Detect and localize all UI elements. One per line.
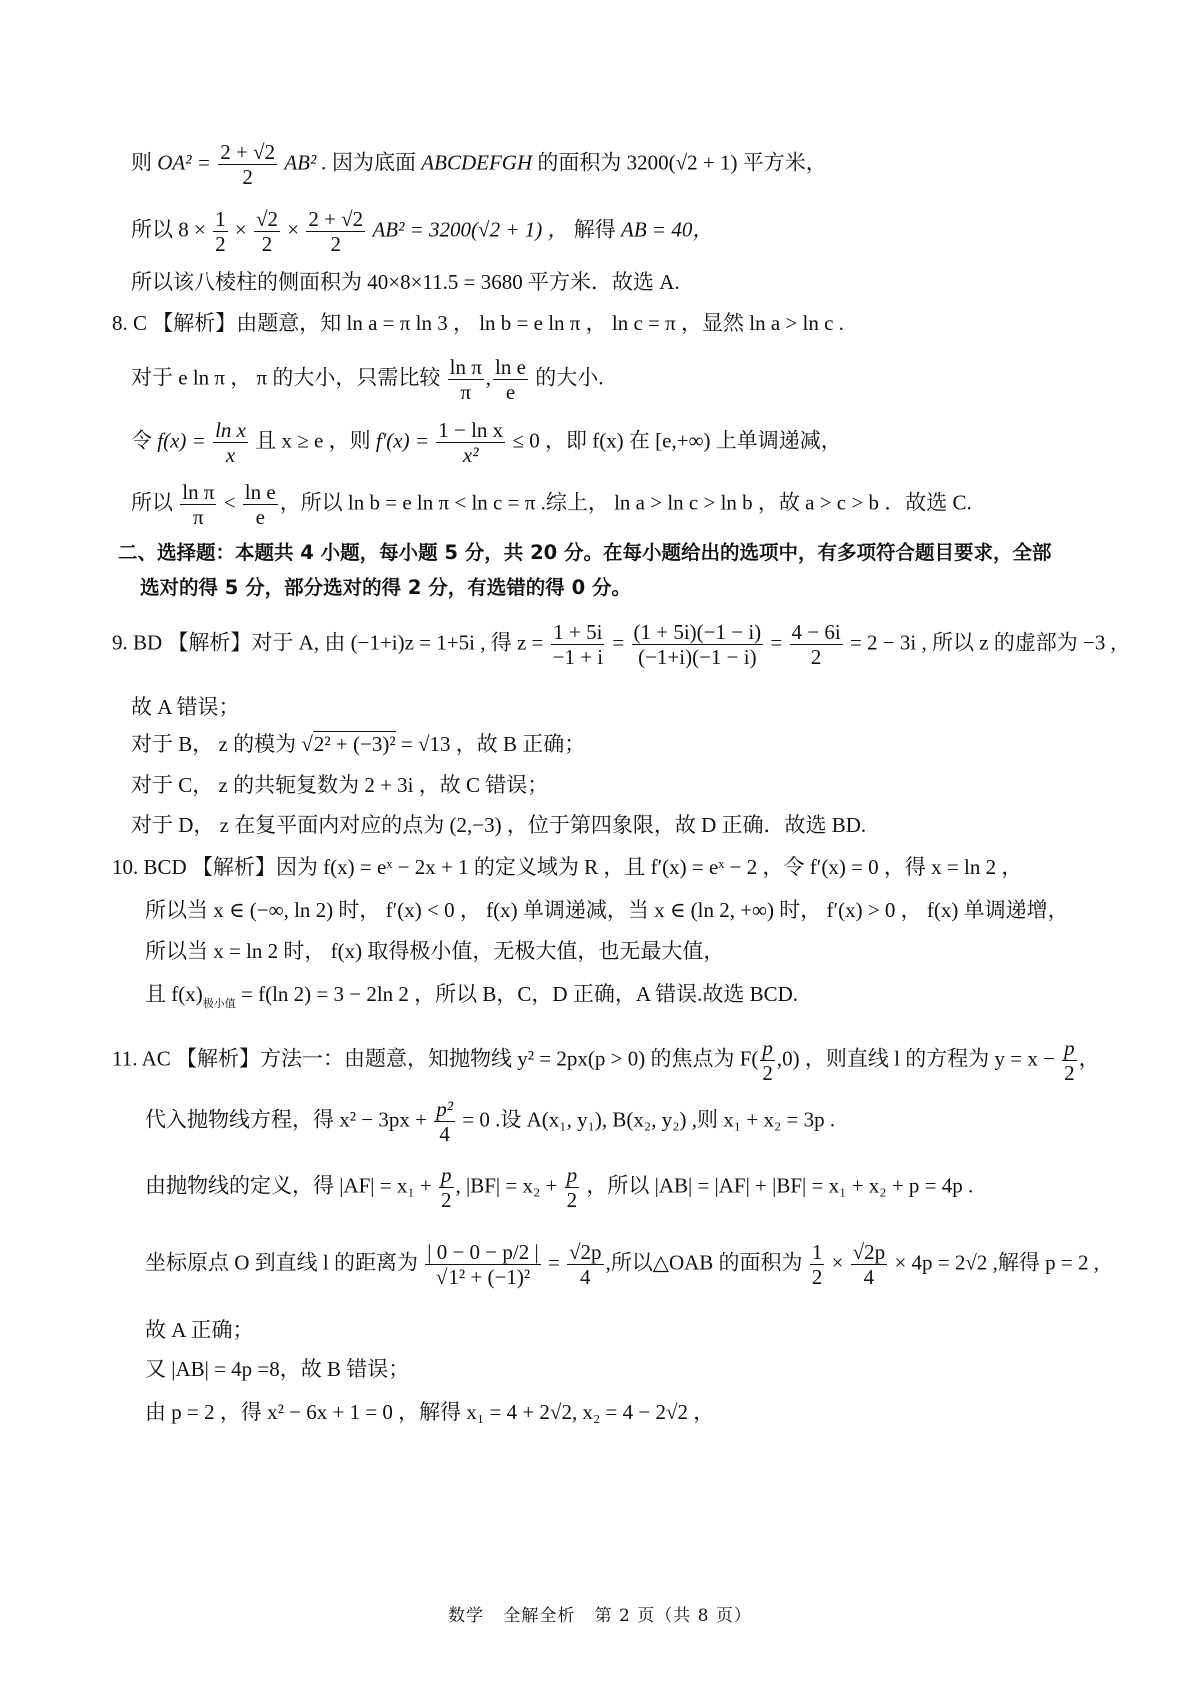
answer: C xyxy=(133,311,147,335)
fraction: 12 xyxy=(213,207,228,256)
denominator: 2 xyxy=(329,232,344,256)
fraction: 2 + √22 xyxy=(218,140,277,189)
text: 由抛物线的定义，得 |AF| = x₁ + xyxy=(145,1173,432,1197)
area-value: 3200(√2 + 1) xyxy=(627,150,738,174)
text: 因为 f(x) = eˣ − 2x + 1 的定义域为 R ，且 f′(x) =… xyxy=(276,855,1022,879)
math: × xyxy=(832,1250,844,1274)
numerator: p xyxy=(760,1036,775,1061)
numerator: (1 + 5i)(−1 − i) xyxy=(632,620,764,645)
numerator: 1 + 5i xyxy=(551,620,604,645)
math: = xyxy=(548,1250,560,1274)
denominator: 4 xyxy=(437,1122,452,1146)
text: 所以 xyxy=(131,490,173,514)
denominator: 4 xyxy=(862,1265,877,1289)
q10-line-2: 所以当 x ∈ (−∞, ln 2) 时， f′(x) < 0 ， f(x) 单… xyxy=(145,900,1069,921)
section-heading-line-2: 选对的得 5 分，部分选对的得 2 分，有选错的得 0 分。 xyxy=(140,578,631,598)
denominator: e xyxy=(504,380,517,404)
text: 且 x ≥ e ，则 xyxy=(255,428,370,452)
text: × 4p = 2√2 ,解得 p = 2 , xyxy=(894,1250,1099,1274)
denominator: e xyxy=(254,505,267,529)
fraction: ln ee xyxy=(493,355,528,404)
fraction: 4 − 6i2 xyxy=(790,620,843,669)
denominator: (−1+i)(−1 − i) xyxy=(636,645,759,669)
text: ，所以 |AB| = |AF| + |BF| = x₁ + x₂ + p = 4… xyxy=(586,1173,973,1197)
text: ≤ 0 ，即 f(x) 在 [e,+∞) 上单调递减， xyxy=(512,428,841,452)
fraction: 1 + 5i−1 + i xyxy=(551,620,606,669)
text: 的面积为 xyxy=(537,150,621,174)
numerator: 4 − 6i xyxy=(790,620,843,645)
q7-line-3: 所以该八棱柱的侧面积为 40×8×11.5 = 3680 平方米．故选 A. xyxy=(131,272,680,293)
q10-line-1: 10. BCD 【解析】因为 f(x) = eˣ − 2x + 1 的定义域为 … xyxy=(112,857,1022,878)
denominator: 4 xyxy=(578,1265,593,1289)
text: 代入抛物线方程，得 x² − 3px + xyxy=(145,1107,427,1131)
denominator: 2 xyxy=(810,1265,825,1289)
fraction: p2 xyxy=(439,1163,454,1212)
math: × xyxy=(235,217,247,241)
q7-line-1: 则 OA² = 2 + √22 AB² . 因为底面 ABCDEFGH 的面积为… xyxy=(131,140,827,189)
numerator: ln x xyxy=(213,418,248,443)
math: , xyxy=(486,365,491,389)
fraction: p2 xyxy=(760,1036,775,1085)
footer-page-label: 第 2 页（共 8 页） xyxy=(595,1606,752,1626)
denominator: π xyxy=(191,505,206,529)
analysis-tag: 【解析】 xyxy=(176,1046,260,1070)
denominator: π xyxy=(458,380,473,404)
numerator: | 0 − 0 − p/2 | xyxy=(425,1240,540,1265)
q8-line-2: 对于 e ln π ， π 的大小，只需比较 ln ππ,ln ee 的大小. xyxy=(131,355,603,404)
q9-line-2: 故 A 错误； xyxy=(131,697,240,718)
text: 坐标原点 O 到直线 l 的距离为 xyxy=(145,1250,418,1274)
fraction: 12 xyxy=(810,1240,825,1289)
numerator: √2 xyxy=(254,207,280,232)
polygon-name: ABCDEFGH xyxy=(421,150,532,174)
text: 所以 xyxy=(131,217,173,241)
q11-line-2: 代入抛物线方程，得 x² − 3px + p²4 = 0 .设 A(x₁, y₁… xyxy=(145,1097,835,1146)
q9-line-1: 9. BD 【解析】对于 A, 由 (−1+i)z = 1+5i , 得 z =… xyxy=(112,620,1116,669)
denominator: x xyxy=(224,443,237,467)
analysis-tag: 【解析】 xyxy=(192,855,276,879)
fraction: 2 + √22 xyxy=(306,207,365,256)
numerator: ln π xyxy=(448,355,484,380)
denominator: 2 xyxy=(760,1061,775,1085)
text: ， xyxy=(1079,1046,1100,1070)
q11-line-1: 11. AC 【解析】方法一：由题意，知抛物线 y² = 2px(p > 0) … xyxy=(112,1036,1100,1085)
numerator: 1 − ln x xyxy=(436,418,505,443)
radicand: 1² + (−1)² xyxy=(447,1264,530,1289)
text: ,0) ，则直线 l 的方程为 y = x − xyxy=(777,1046,1055,1070)
analysis-tag: 【解析】 xyxy=(152,311,236,335)
numerator: p xyxy=(439,1163,454,1188)
question-number: 10. xyxy=(112,855,138,879)
math: f(x) = xyxy=(157,428,206,452)
text: 方法一：由题意，知抛物线 y² = 2px(p > 0) 的焦点为 F( xyxy=(260,1046,758,1070)
numerator: ln e xyxy=(493,355,528,380)
text: 的大小. xyxy=(535,365,603,389)
math: f′(x) = xyxy=(376,428,429,452)
denominator: √1² + (−1)² xyxy=(434,1265,532,1289)
q11-line-6: 又 |AB| = 4p =8，故 B 错误； xyxy=(145,1359,409,1380)
fraction: ln ee xyxy=(243,480,278,529)
text: ,所以△OAB 的面积为 xyxy=(606,1250,803,1274)
math: × xyxy=(287,217,299,241)
question-number: 8. xyxy=(112,311,128,335)
denominator: 2 xyxy=(439,1188,454,1212)
question-number: 9. xyxy=(112,630,128,654)
q10-line-4: 且 f(x)极小值 = f(ln 2) = 3 − 2ln 2 ，所以 B，C，… xyxy=(145,984,798,1010)
q9-line-3: 对于 B， z 的模为 √2² + (−3)² = √13 ，故 B 正确； xyxy=(131,734,585,755)
fraction: 1 − ln xx² xyxy=(436,418,505,467)
denominator: 2 xyxy=(260,232,275,256)
math: AB = 40， xyxy=(621,217,713,241)
fraction: (1 + 5i)(−1 − i)(−1+i)(−1 − i) xyxy=(632,620,764,669)
text: = 2 − 3i , 所以 z 的虚部为 −3 , xyxy=(850,630,1116,654)
numerator: 2 + √2 xyxy=(218,140,277,165)
q10-line-3: 所以当 x = ln 2 时， f(x) 取得极小值，无极大值，也无最大值， xyxy=(145,941,724,962)
q11-line-3: 由抛物线的定义，得 |AF| = x₁ + p2, |BF| = x₂ + p2… xyxy=(145,1163,973,1212)
fraction: p2 xyxy=(1062,1036,1077,1085)
fraction: p2 xyxy=(565,1163,580,1212)
numerator: 1 xyxy=(810,1240,825,1265)
text: = √13 ，故 B 正确； xyxy=(401,732,585,756)
numerator: 2 + √2 xyxy=(306,207,365,232)
text: 令 xyxy=(131,428,152,452)
text: ，所以 ln b = e ln π < ln c = π .综上， ln a >… xyxy=(280,490,972,514)
denominator: −1 + i xyxy=(551,645,606,669)
q8-line-1: 8. C 【解析】由题意，知 ln a = π ln 3 ， ln b = e … xyxy=(112,313,844,334)
q11-line-7: 由 p = 2 ，得 x² − 6x + 1 = 0 ，解得 x₁ = 4 + … xyxy=(145,1402,714,1423)
q9-line-4: 对于 C， z 的共轭复数为 2 + 3i ，故 C 错误； xyxy=(131,775,548,796)
fraction: √2p4 xyxy=(567,1240,604,1289)
math: = xyxy=(770,630,782,654)
math: 8 × xyxy=(178,217,206,241)
footer-doc-type: 全解全析 xyxy=(503,1606,575,1626)
text: 对于 A, 由 (−1+i)z = 1+5i , 得 z = xyxy=(251,630,543,654)
footer-subject: 数学 xyxy=(448,1606,484,1626)
text: = f(ln 2) = 3 − 2ln 2 ，所以 B，C，D 正确，A 错误.… xyxy=(241,982,798,1006)
text: 解得 xyxy=(574,217,616,241)
math: = xyxy=(612,630,624,654)
denominator: 2 xyxy=(565,1188,580,1212)
denominator: 2 xyxy=(213,232,228,256)
text: 因为底面 xyxy=(332,150,416,174)
q9-line-5: 对于 D， z 在复平面内对应的点为 (2,−3) ，位于第四象限，故 D 正确… xyxy=(131,815,866,836)
fraction: | 0 − 0 − p/2 |√1² + (−1)² xyxy=(425,1240,540,1289)
analysis-tag: 【解析】 xyxy=(167,630,251,654)
fraction: ln ππ xyxy=(448,355,484,404)
section-heading-line-1: 二、选择题：本题共 4 小题，每小题 5 分，共 20 分。在每小题给出的选项中… xyxy=(118,543,1052,563)
text: 对于 B， z 的模为 xyxy=(131,732,296,756)
denominator: 2 xyxy=(1062,1061,1077,1085)
q11-line-5: 故 A 正确； xyxy=(145,1320,254,1341)
question-number: 11. xyxy=(112,1046,137,1070)
math: < xyxy=(224,490,236,514)
text: 则 xyxy=(131,150,152,174)
text: = 0 .设 A(x₁, y₁), B(x₂, y₂) ,则 x₁ + x₂ =… xyxy=(462,1107,835,1131)
answer: BD xyxy=(133,630,162,654)
numerator: ln π xyxy=(180,480,216,505)
radicand: 2² + (−3)² xyxy=(313,731,396,756)
math-ab2: AB² . xyxy=(284,150,326,174)
q8-line-4: 所以 ln ππ < ln ee，所以 ln b = e ln π < ln c… xyxy=(131,480,972,529)
numerator: ln e xyxy=(243,480,278,505)
text: 由题意，知 ln a = π ln 3 ， ln b = e ln π ， ln… xyxy=(236,311,844,335)
math: AB² = 3200(√2 + 1) ， xyxy=(372,217,568,241)
q11-line-4: 坐标原点 O 到直线 l 的距离为 | 0 − 0 − p/2 |√1² + (… xyxy=(145,1240,1099,1289)
numerator: p xyxy=(1062,1036,1077,1061)
fraction: ln xx xyxy=(213,418,248,467)
denominator: x² xyxy=(461,443,481,467)
text: 平方米， xyxy=(743,150,827,174)
numerator: p² xyxy=(434,1097,455,1122)
answer: AC xyxy=(142,1046,171,1070)
denominator: 2 xyxy=(240,165,255,189)
subscript: 极小值 xyxy=(203,998,236,1010)
numerator: 1 xyxy=(213,207,228,232)
text: , |BF| = x₂ + xyxy=(456,1173,558,1197)
fraction: p²4 xyxy=(434,1097,455,1146)
fraction: √2p4 xyxy=(851,1240,888,1289)
text: 对于 e ln π ， π 的大小，只需比较 xyxy=(131,365,440,389)
q8-line-3: 令 f(x) = ln xx 且 x ≥ e ，则 f′(x) = 1 − ln… xyxy=(131,418,842,467)
page-footer: 数学 全解全析 第 2 页（共 8 页） xyxy=(0,1601,1200,1626)
math-oa2: OA² = xyxy=(157,150,211,174)
numerator: p xyxy=(565,1163,580,1188)
fraction: √22 xyxy=(254,207,280,256)
fraction: ln ππ xyxy=(180,480,216,529)
numerator: √2p xyxy=(851,1240,888,1265)
text: 且 f(x) xyxy=(145,982,203,1006)
q7-line-2: 所以 8 × 12 × √22 × 2 + √22 AB² = 3200(√2 … xyxy=(131,207,713,256)
numerator: √2p xyxy=(567,1240,604,1265)
denominator: 2 xyxy=(809,645,824,669)
answer: BCD xyxy=(144,855,187,879)
